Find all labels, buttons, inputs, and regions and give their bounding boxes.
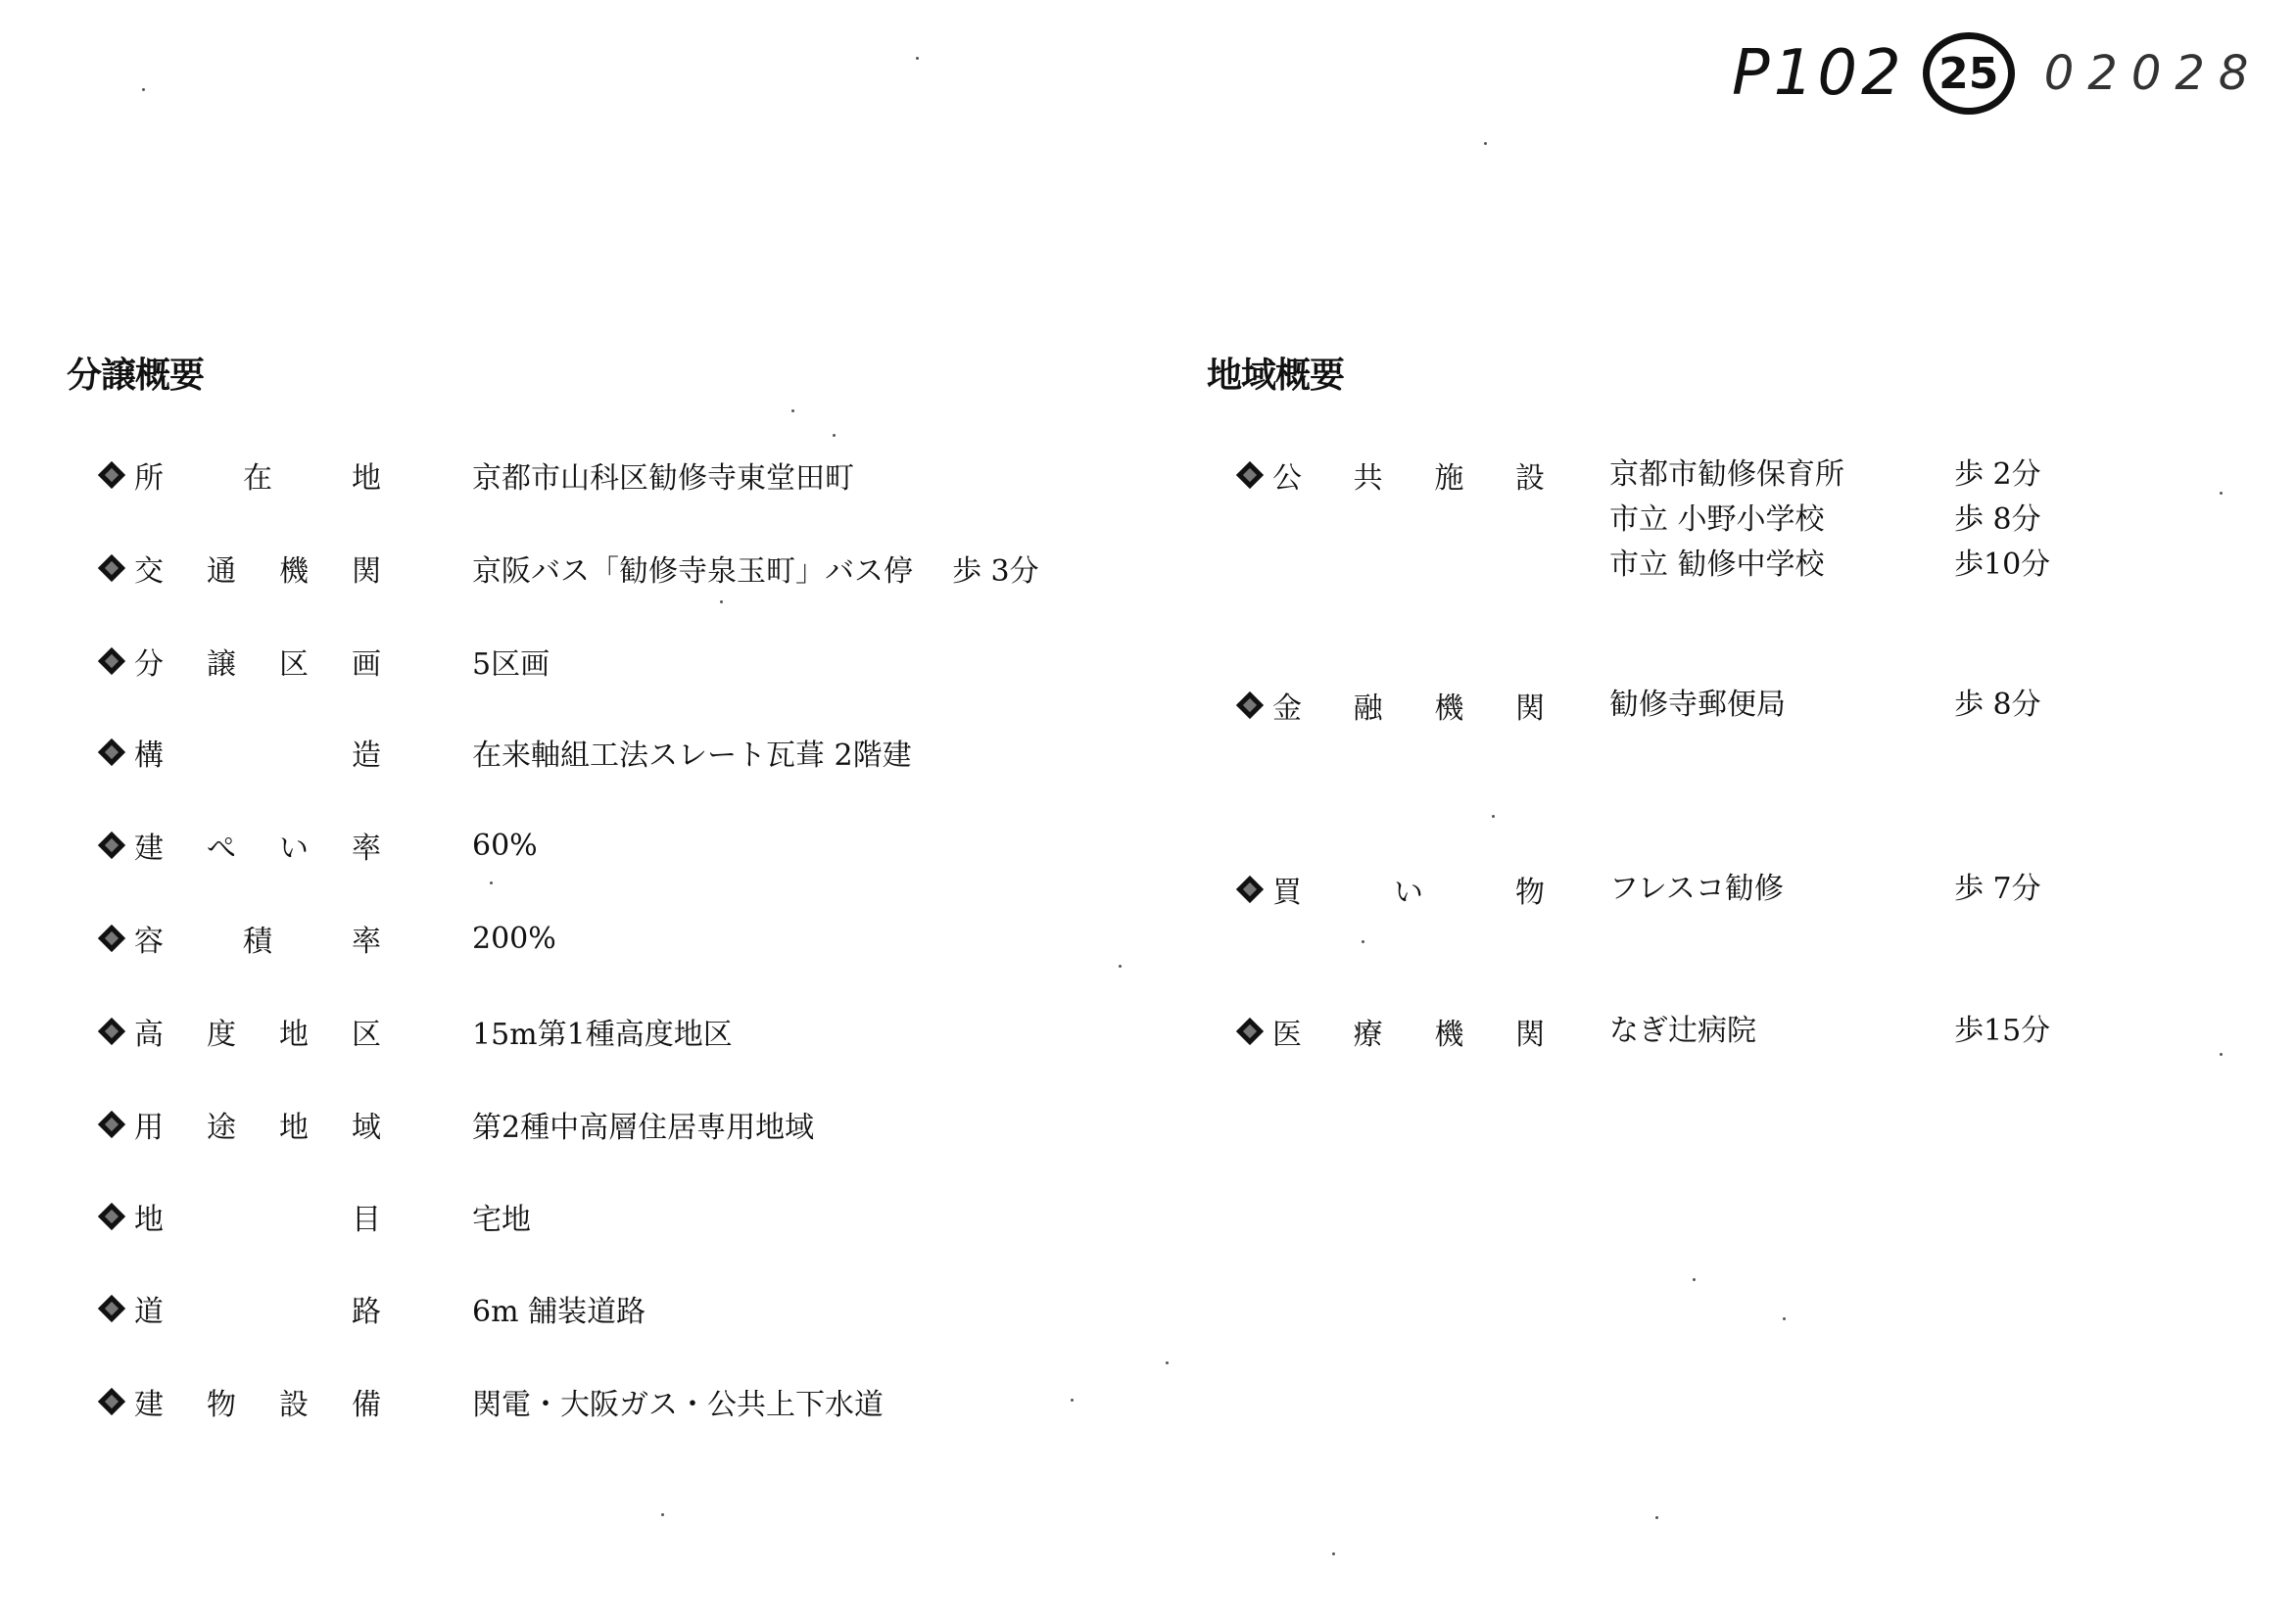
sale-overview-row: 構造在来軸組工法スレート瓦葺 2階建: [98, 733, 382, 772]
label-char: 療: [1353, 1010, 1384, 1053]
scan-speck: [1166, 1361, 1169, 1364]
sale-overview-row: 所在地京都市山科区勧修寺東堂田町: [98, 455, 382, 495]
label-char: 地: [278, 1010, 310, 1053]
row-label: 交通機関: [133, 547, 382, 590]
row-label: 金融機関: [1271, 684, 1546, 727]
row-value: 6m 舗装道路: [472, 1287, 646, 1330]
diamond-bullet-icon: [98, 647, 125, 675]
label-char: 域: [351, 1103, 382, 1146]
label-char: 共: [1353, 453, 1384, 497]
diamond-bullet-icon: [98, 1203, 125, 1230]
annotation-prefix: P102: [1732, 37, 1905, 110]
label-char: 交: [133, 547, 165, 590]
label-char: ぺ: [206, 824, 237, 867]
sale-overview-row: 分譲区画5区画: [98, 642, 382, 681]
label-char: 公: [1271, 453, 1303, 497]
scan-speck: [490, 881, 493, 884]
row-label: 建ぺい率: [133, 824, 382, 867]
row-label: 公共施設: [1271, 453, 1546, 497]
diamond-bullet-icon: [1236, 691, 1264, 719]
sale-overview-row: 高度地区15m第1種高度地区: [98, 1012, 382, 1051]
label-char: 率: [351, 917, 382, 960]
label-char: 造: [351, 731, 382, 774]
diamond-bullet-icon: [98, 1111, 125, 1138]
scan-speck: [833, 434, 836, 437]
scan-speck: [720, 600, 723, 603]
label-char: 道: [133, 1287, 165, 1330]
facility-name: 市立 勧修中学校: [1609, 546, 1825, 585]
label-char: 機: [1433, 1010, 1464, 1053]
row-label: 用途地域: [133, 1103, 382, 1146]
label-char: 地: [351, 453, 382, 497]
row-label: 容積率: [133, 917, 382, 960]
diamond-bullet-icon: [98, 1018, 125, 1045]
facility-name: 市立 小野小学校: [1609, 500, 1825, 540]
sale-overview-row: 建物設備関電・大阪ガス・公共上下水道: [98, 1382, 382, 1421]
facility-name: なぎ辻病院: [1609, 1012, 1756, 1051]
row-label: 分譲区画: [133, 640, 382, 683]
diamond-bullet-icon: [1236, 876, 1264, 903]
label-char: い: [278, 824, 310, 867]
handwritten-page-annotation: P102 25 02028: [1732, 29, 2262, 118]
sale-overview-row: 用途地域第2種中高層住居専用地域: [98, 1105, 382, 1144]
facility-name: 京都市勧修保育所: [1609, 455, 1844, 495]
area-overview-row: 金融機関: [1236, 686, 1546, 725]
label-char: 機: [1433, 684, 1464, 727]
scan-speck: [142, 88, 145, 91]
label-char: 目: [351, 1195, 382, 1238]
label-char: 地: [278, 1103, 310, 1146]
annotation-circled-number: 25: [1923, 32, 2015, 115]
scan-speck: [1362, 940, 1364, 943]
label-char: 譲: [206, 640, 237, 683]
diamond-bullet-icon: [98, 554, 125, 582]
label-char: 関: [1514, 1010, 1546, 1053]
label-char: 施: [1433, 453, 1464, 497]
scan-speck: [2220, 492, 2223, 495]
scan-speck: [916, 57, 919, 60]
row-value: 200%: [472, 922, 556, 956]
sale-overview-row: 道路6m 舗装道路: [98, 1289, 382, 1328]
walk-time: 歩 3分: [952, 547, 1039, 590]
label-char: 区: [351, 1010, 382, 1053]
sale-overview-row: 建ぺい率60%: [98, 826, 382, 865]
row-value: 5区画: [472, 640, 550, 683]
row-label: 買い物: [1271, 868, 1546, 911]
diamond-bullet-icon: [98, 739, 125, 766]
row-value: 在来軸組工法スレート瓦葺 2階建: [472, 731, 912, 774]
section-title-area-overview: 地域概要: [1207, 348, 1344, 398]
scan-speck: [661, 1513, 664, 1516]
scan-speck: [1484, 142, 1487, 145]
sale-overview-row: 交通機関京阪バス「勧修寺泉玉町」バス停歩 3分: [98, 548, 382, 588]
label-char: 金: [1271, 684, 1303, 727]
label-char: 途: [206, 1103, 237, 1146]
scan-speck: [791, 409, 794, 412]
label-char: 用: [133, 1103, 165, 1146]
row-value: 第2種中高層住居専用地域: [472, 1103, 814, 1146]
facility-name: 勧修寺郵便局: [1609, 686, 1786, 725]
walk-time: 歩 2分: [1954, 455, 2041, 495]
label-char: 関: [1514, 684, 1546, 727]
label-char: 積: [242, 917, 273, 960]
walk-time: 歩 8分: [1954, 686, 2041, 725]
label-char: 設: [1514, 453, 1546, 497]
label-char: 度: [206, 1010, 237, 1053]
row-label: 道路: [133, 1287, 382, 1330]
sale-overview-row: 容積率200%: [98, 919, 382, 958]
diamond-bullet-icon: [98, 461, 125, 489]
scan-speck: [1332, 1552, 1335, 1555]
row-label: 医療機関: [1271, 1010, 1546, 1053]
row-value: 京都市山科区勧修寺東堂田町: [472, 453, 854, 497]
scan-speck: [1071, 1399, 1074, 1402]
scan-speck: [1492, 815, 1495, 818]
diamond-bullet-icon: [98, 1388, 125, 1415]
diamond-bullet-icon: [1236, 461, 1264, 489]
label-char: 路: [351, 1287, 382, 1330]
label-char: 買: [1271, 868, 1303, 911]
walk-time: 歩 7分: [1954, 870, 2041, 909]
label-char: 通: [206, 547, 237, 590]
row-value: 60%: [472, 829, 538, 863]
label-char: 区: [278, 640, 310, 683]
label-char: 機: [278, 547, 310, 590]
label-char: 画: [351, 640, 382, 683]
label-char: 高: [133, 1010, 165, 1053]
facility-name: フレスコ勧修: [1609, 870, 1784, 909]
label-char: 関: [351, 547, 382, 590]
label-char: 構: [133, 731, 165, 774]
row-label: 建物設備: [133, 1380, 382, 1423]
walk-time: 歩10分: [1954, 546, 2050, 585]
area-overview-row: 買い物: [1236, 870, 1546, 909]
label-char: 融: [1353, 684, 1384, 727]
diamond-bullet-icon: [98, 925, 125, 952]
scan-speck: [1655, 1516, 1658, 1519]
label-char: 在: [242, 453, 273, 497]
label-char: い: [1393, 868, 1424, 911]
label-char: 医: [1271, 1010, 1303, 1053]
row-value: 宅地: [472, 1195, 531, 1238]
sale-overview-row: 地目宅地: [98, 1197, 382, 1236]
label-char: 備: [351, 1380, 382, 1423]
diamond-bullet-icon: [98, 1295, 125, 1322]
row-label: 高度地区: [133, 1010, 382, 1053]
row-value: 15m第1種高度地区: [472, 1010, 733, 1053]
label-char: 容: [133, 917, 165, 960]
diamond-bullet-icon: [1236, 1018, 1264, 1045]
label-char: 建: [133, 824, 165, 867]
diamond-bullet-icon: [98, 832, 125, 859]
label-char: 分: [133, 640, 165, 683]
label-char: 物: [1514, 868, 1546, 911]
label-char: 所: [133, 453, 165, 497]
row-value: 関電・大阪ガス・公共上下水道: [472, 1380, 884, 1423]
scan-speck: [1693, 1278, 1696, 1281]
label-char: 設: [278, 1380, 310, 1423]
walk-time: 歩15分: [1954, 1012, 2050, 1051]
area-overview-row: 医療機関: [1236, 1012, 1546, 1051]
label-char: 地: [133, 1195, 165, 1238]
annotation-suffix: 02028: [2044, 46, 2263, 101]
row-label: 構造: [133, 731, 382, 774]
label-char: 物: [206, 1380, 237, 1423]
scan-speck: [1783, 1317, 1786, 1320]
scan-speck: [2220, 1053, 2223, 1056]
label-char: 率: [351, 824, 382, 867]
row-value: 京阪バス「勧修寺泉玉町」バス停: [472, 547, 913, 590]
scan-speck: [1119, 965, 1122, 968]
row-label: 地目: [133, 1195, 382, 1238]
row-label: 所在地: [133, 453, 382, 497]
area-overview-row: 公共施設: [1236, 455, 1546, 495]
walk-time: 歩 8分: [1954, 500, 2041, 540]
section-title-sale-overview: 分譲概要: [67, 348, 204, 398]
label-char: 建: [133, 1380, 165, 1423]
